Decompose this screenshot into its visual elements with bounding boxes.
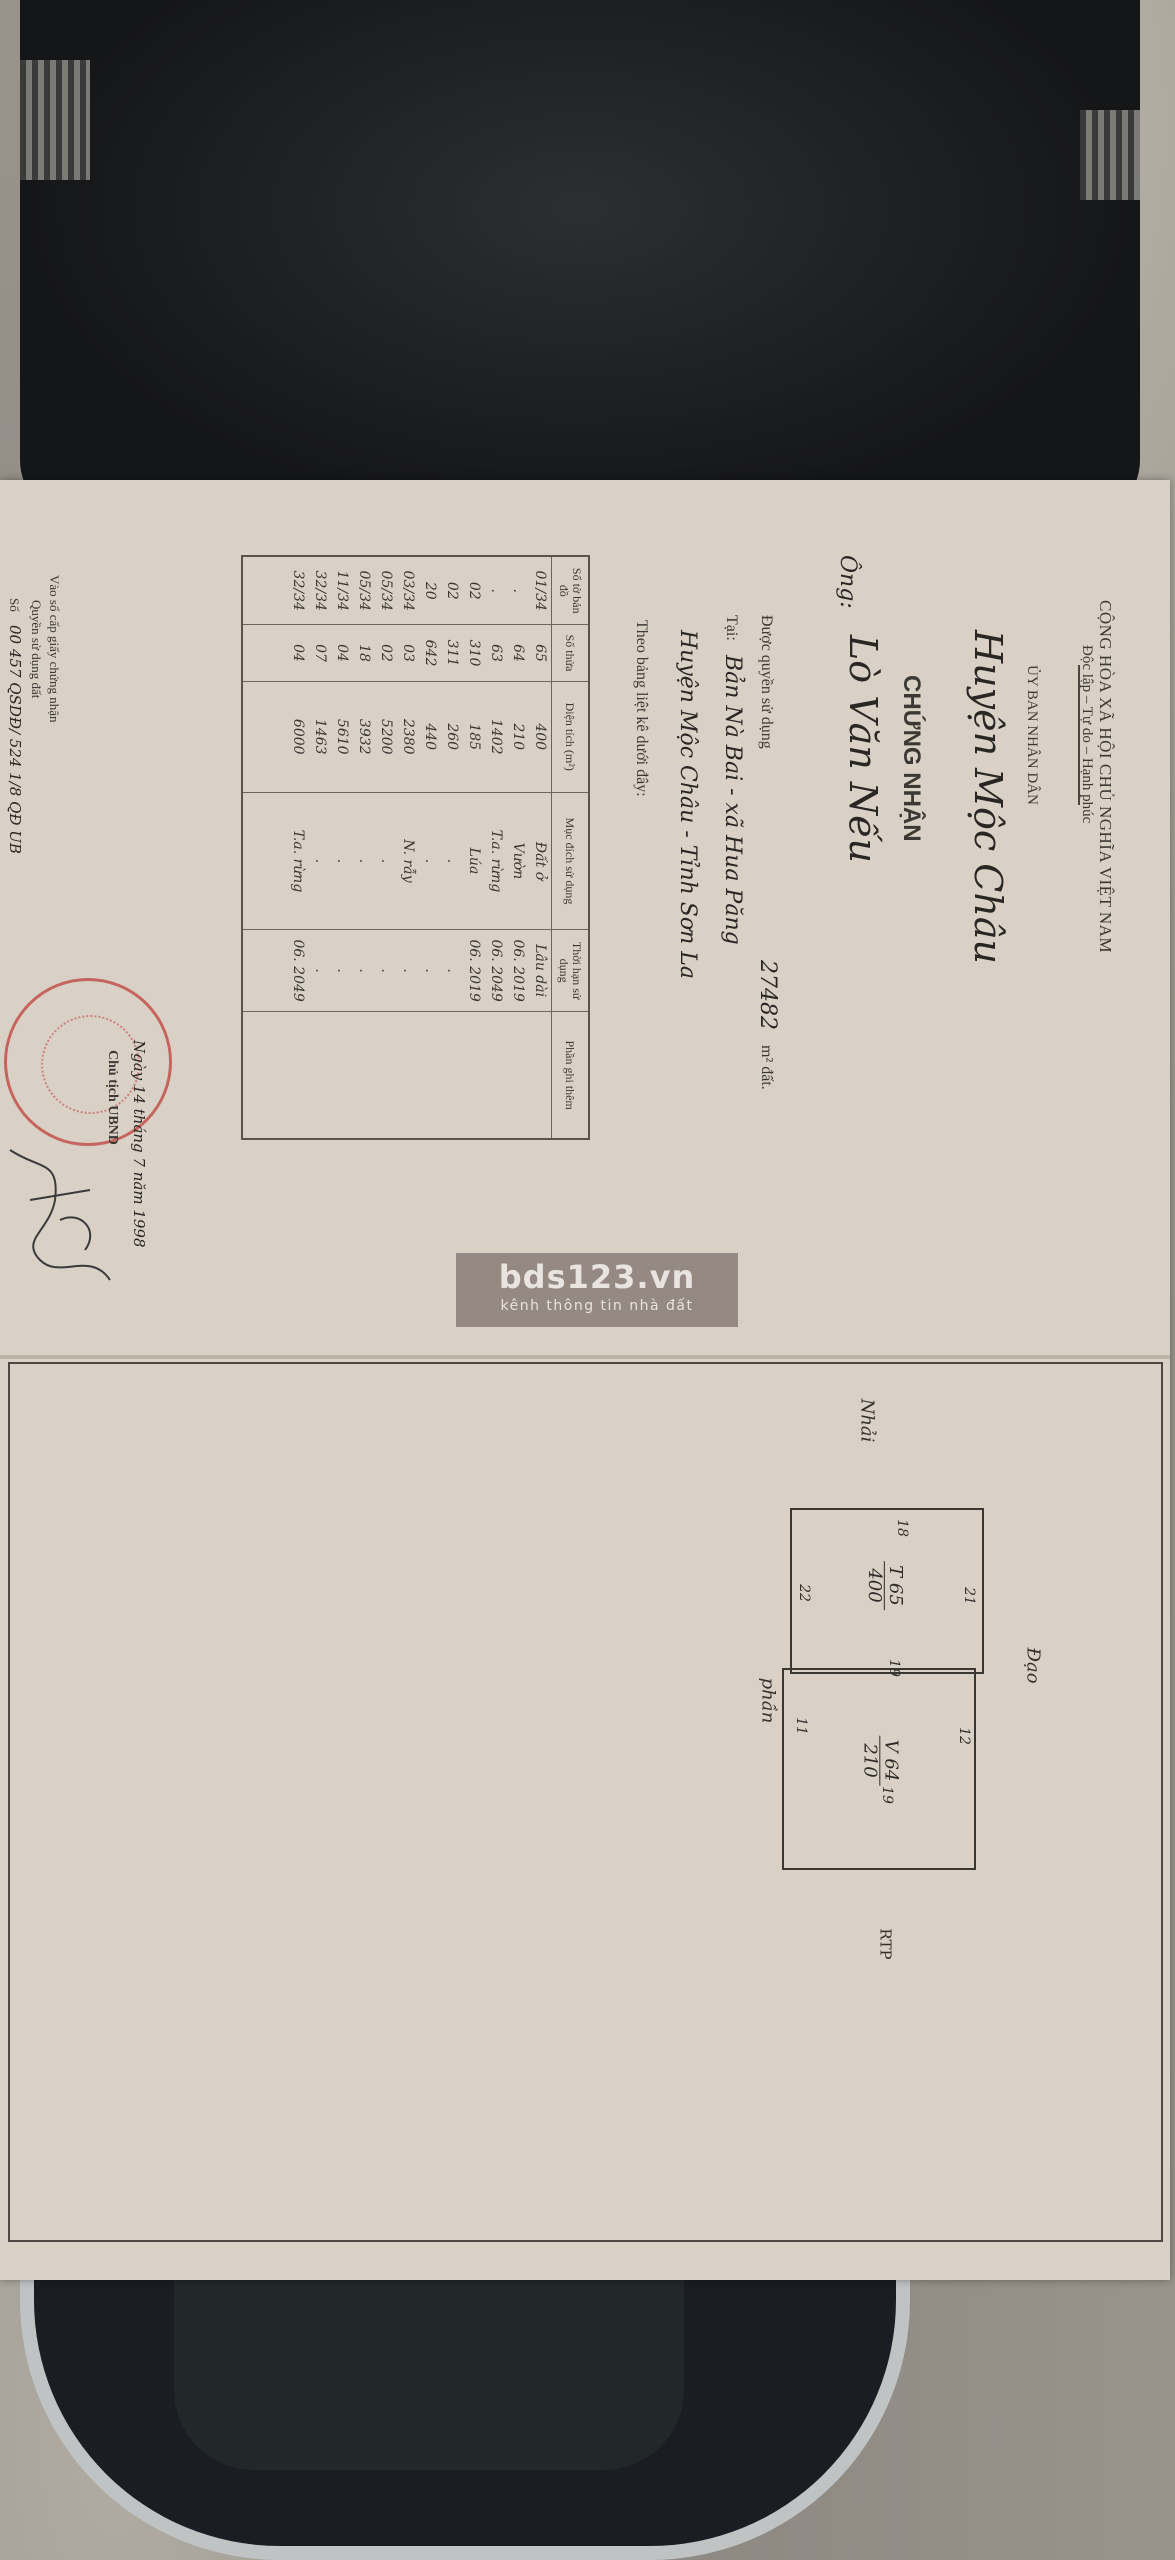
certificate-title: CHỨNG NHẬN <box>897 675 925 842</box>
cell-term: 06. 2019 <box>463 930 485 1012</box>
watermark-sub: kênh thông tin nhà đất <box>456 1297 738 1315</box>
cell-purpose: . <box>375 792 397 929</box>
cell-parcel: 311 <box>441 625 463 681</box>
col-notes: Phần ghi thêm <box>552 1012 590 1139</box>
country-header: CỘNG HÒA XÃ HỘI CHỦ NGHĨA VIỆT NAM <box>1095 600 1115 953</box>
plot-area: 210 <box>859 1743 880 1777</box>
table-row: 32/34071463.. <box>309 556 331 1139</box>
table-row: 05/34025200.. <box>375 556 397 1139</box>
motto: Độc lập – Tự do – Hạnh phúc <box>1078 645 1095 823</box>
table-row: 02311260.. <box>441 556 463 1139</box>
cell-area: 1402 <box>485 681 507 792</box>
cell-purpose: N. rẫy <box>397 792 419 929</box>
cell-term: 06. 2049 <box>287 930 309 1012</box>
cell-term: . <box>441 930 463 1012</box>
cell-purpose: Vườn <box>507 792 529 929</box>
motorbike-rack <box>20 2270 910 2560</box>
cell-parcel: 04 <box>287 625 309 681</box>
edge-label: 22 <box>796 1584 812 1602</box>
plot-64-label: V 64 210 <box>859 1736 900 1786</box>
signature-scribble <box>0 1140 130 1290</box>
plot-area: 400 <box>864 1568 885 1602</box>
cell-term: . <box>375 930 397 1012</box>
holder-label: Ông: <box>835 555 860 609</box>
signature-role: Chủ tịch UBND <box>104 1050 120 1145</box>
cell-parcel: 02 <box>375 625 397 681</box>
cell-notes <box>287 1012 309 1139</box>
cell-purpose: . <box>419 792 441 929</box>
cell-purpose: . <box>441 792 463 929</box>
cell-purpose: . <box>353 792 375 929</box>
cell-area: 6000 <box>287 681 309 792</box>
header-rule <box>1078 665 1080 805</box>
col-term: Thời hạn sử dụng <box>552 930 590 1012</box>
table-intro: Theo bảng liệt kê dưới đây: <box>632 620 650 797</box>
neighbor-top: Nhải <box>856 1399 877 1443</box>
plot-number: 65 <box>885 1583 906 1606</box>
cell-area: 260 <box>441 681 463 792</box>
edge-label: 21 <box>961 1587 977 1605</box>
plot-code: T <box>885 1565 906 1577</box>
cell-map-sheet: 11/34 <box>331 556 353 625</box>
watermark-main: bds123.vn <box>456 1253 738 1297</box>
cell-parcel: 310 <box>463 625 485 681</box>
authority-name: Huyện Mộc Châu <box>966 630 1010 964</box>
cell-notes <box>353 1012 375 1139</box>
cell-term: . <box>353 930 375 1012</box>
cell-parcel: 64 <box>507 625 529 681</box>
cell-parcel: 04 <box>331 625 353 681</box>
cell-term: . <box>419 930 441 1012</box>
cell-area: 210 <box>507 681 529 792</box>
registry-number-label: Số <box>6 598 22 612</box>
edge-label: 11 <box>793 1717 809 1735</box>
table-row: 11/34045610.. <box>331 556 353 1139</box>
table-row: 01/3465400Đất ởLâu dài <box>529 556 552 1139</box>
cell-map-sheet: 32/34 <box>309 556 331 625</box>
map-page-border <box>8 1362 1163 2242</box>
cell-area: 5610 <box>331 681 353 792</box>
seat-edge-left <box>20 60 90 180</box>
document-fold <box>0 1355 1170 1359</box>
cell-area: 2380 <box>397 681 419 792</box>
cell-notes <box>309 1012 331 1139</box>
cell-purpose: T.a. rừng <box>287 792 309 929</box>
holder-name: Lò Văn Nếu <box>841 635 885 863</box>
cell-map-sheet: 02 <box>463 556 485 625</box>
edge-label: 19 <box>879 1786 895 1804</box>
seat-edge-right <box>1080 110 1140 200</box>
cell-parcel: 07 <box>309 625 331 681</box>
motorbike-seat <box>20 0 1140 520</box>
land-parcel-table: Số tờ bản đồ Số thửa Diện tích (m²) Mục … <box>241 555 590 1140</box>
cell-map-sheet: 05/34 <box>375 556 397 625</box>
table-row: 03/34032380N. rẫy. <box>397 556 419 1139</box>
cell-parcel: 63 <box>485 625 507 681</box>
area-unit: m² đất. <box>757 1045 775 1090</box>
table-row: 05/34183932.. <box>353 556 375 1139</box>
cell-area: 3932 <box>353 681 375 792</box>
table-row-empty <box>265 556 287 1139</box>
table-row: 20642440.. <box>419 556 441 1139</box>
location-line-1: Bản Nà Bai - xã Hua Păng <box>720 655 745 945</box>
location-label: Tại: <box>722 615 740 641</box>
col-map-sheet: Số tờ bản đồ <box>552 556 590 625</box>
table-row: 32/34046000T.a. rừng06. 2049 <box>287 556 309 1139</box>
cell-map-sheet: 01/34 <box>529 556 552 625</box>
table-header-row: Số tờ bản đồ Số thửa Diện tích (m²) Mục … <box>552 556 590 1139</box>
cell-map-sheet: 32/34 <box>287 556 309 625</box>
edge-label: 12 <box>956 1727 972 1745</box>
neighbor-right: Đạo <box>1023 1647 1044 1683</box>
cell-area: 185 <box>463 681 485 792</box>
cell-notes <box>507 1012 529 1139</box>
cell-notes <box>397 1012 419 1139</box>
cell-term: 06. 2019 <box>507 930 529 1012</box>
cell-map-sheet: . <box>485 556 507 625</box>
cell-purpose: . <box>331 792 353 929</box>
registry-number-value: 00 457 QSDĐ/ 524 1/8 QĐ UB <box>6 625 24 854</box>
plot-number: 64 <box>880 1758 901 1781</box>
cell-term: 06. 2049 <box>485 930 507 1012</box>
cell-term: . <box>309 930 331 1012</box>
cell-area: 440 <box>419 681 441 792</box>
table-row: .631402T.a. rừng06. 2049 <box>485 556 507 1139</box>
authority-label: ỦY BAN NHÂN DÂN <box>1023 665 1040 805</box>
plot-code: V <box>880 1740 901 1753</box>
cell-parcel: 03 <box>397 625 419 681</box>
cell-purpose: Lúa <box>463 792 485 929</box>
neighbor-left: phần <box>757 1678 778 1724</box>
cell-purpose: . <box>309 792 331 929</box>
col-parcel-number: Số thửa <box>552 625 590 681</box>
cell-area: 1463 <box>309 681 331 792</box>
rack-inner <box>174 2270 684 2470</box>
registry-line-1: Vào sổ cấp giấy chứng nhận <box>46 575 62 722</box>
cell-parcel: 18 <box>353 625 375 681</box>
col-purpose: Mục đích sử dụng <box>552 792 590 929</box>
plot-65-label: T 65 400 <box>864 1561 905 1610</box>
table-row: .64210Vườn06. 2019 <box>507 556 529 1139</box>
cell-map-sheet: 05/34 <box>353 556 375 625</box>
cell-map-sheet: 03/34 <box>397 556 419 625</box>
cell-notes <box>529 1012 552 1139</box>
cell-parcel: 65 <box>529 625 552 681</box>
cell-area: 5200 <box>375 681 397 792</box>
cell-term: . <box>331 930 353 1012</box>
cell-area: 400 <box>529 681 552 792</box>
cell-term: Lâu dài <box>529 930 552 1012</box>
cell-notes <box>441 1012 463 1139</box>
cell-parcel: 642 <box>419 625 441 681</box>
table-row: 02310185Lúa06. 2019 <box>463 556 485 1139</box>
table-row-empty <box>242 556 265 1139</box>
edge-label: 18 <box>894 1519 910 1537</box>
location-line-2: Huyện Mộc Châu - Tỉnh Sơn La <box>675 630 700 979</box>
cell-map-sheet: 20 <box>419 556 441 625</box>
cell-map-sheet: 02 <box>441 556 463 625</box>
cell-purpose: Đất ở <box>529 792 552 929</box>
rights-label: Được quyền sử dụng <box>757 615 775 749</box>
cell-notes <box>485 1012 507 1139</box>
registry-line-2: Quyền sử dụng đất <box>28 600 44 698</box>
cell-notes <box>463 1012 485 1139</box>
cell-notes <box>375 1012 397 1139</box>
col-area: Diện tích (m²) <box>552 681 590 792</box>
cell-map-sheet: . <box>507 556 529 625</box>
cell-purpose: T.a. rừng <box>485 792 507 929</box>
cell-notes <box>419 1012 441 1139</box>
signature-date: Ngày 14 tháng 7 năm 1998 <box>130 1040 148 1248</box>
neighbor-bottom: RTP <box>877 1928 895 1959</box>
cell-term: . <box>397 930 419 1012</box>
bds123-watermark: bds123.vn kênh thông tin nhà đất <box>456 1253 738 1327</box>
cell-notes <box>331 1012 353 1139</box>
edge-label: 19 <box>886 1659 902 1677</box>
area-value: 27482 <box>755 960 780 1030</box>
